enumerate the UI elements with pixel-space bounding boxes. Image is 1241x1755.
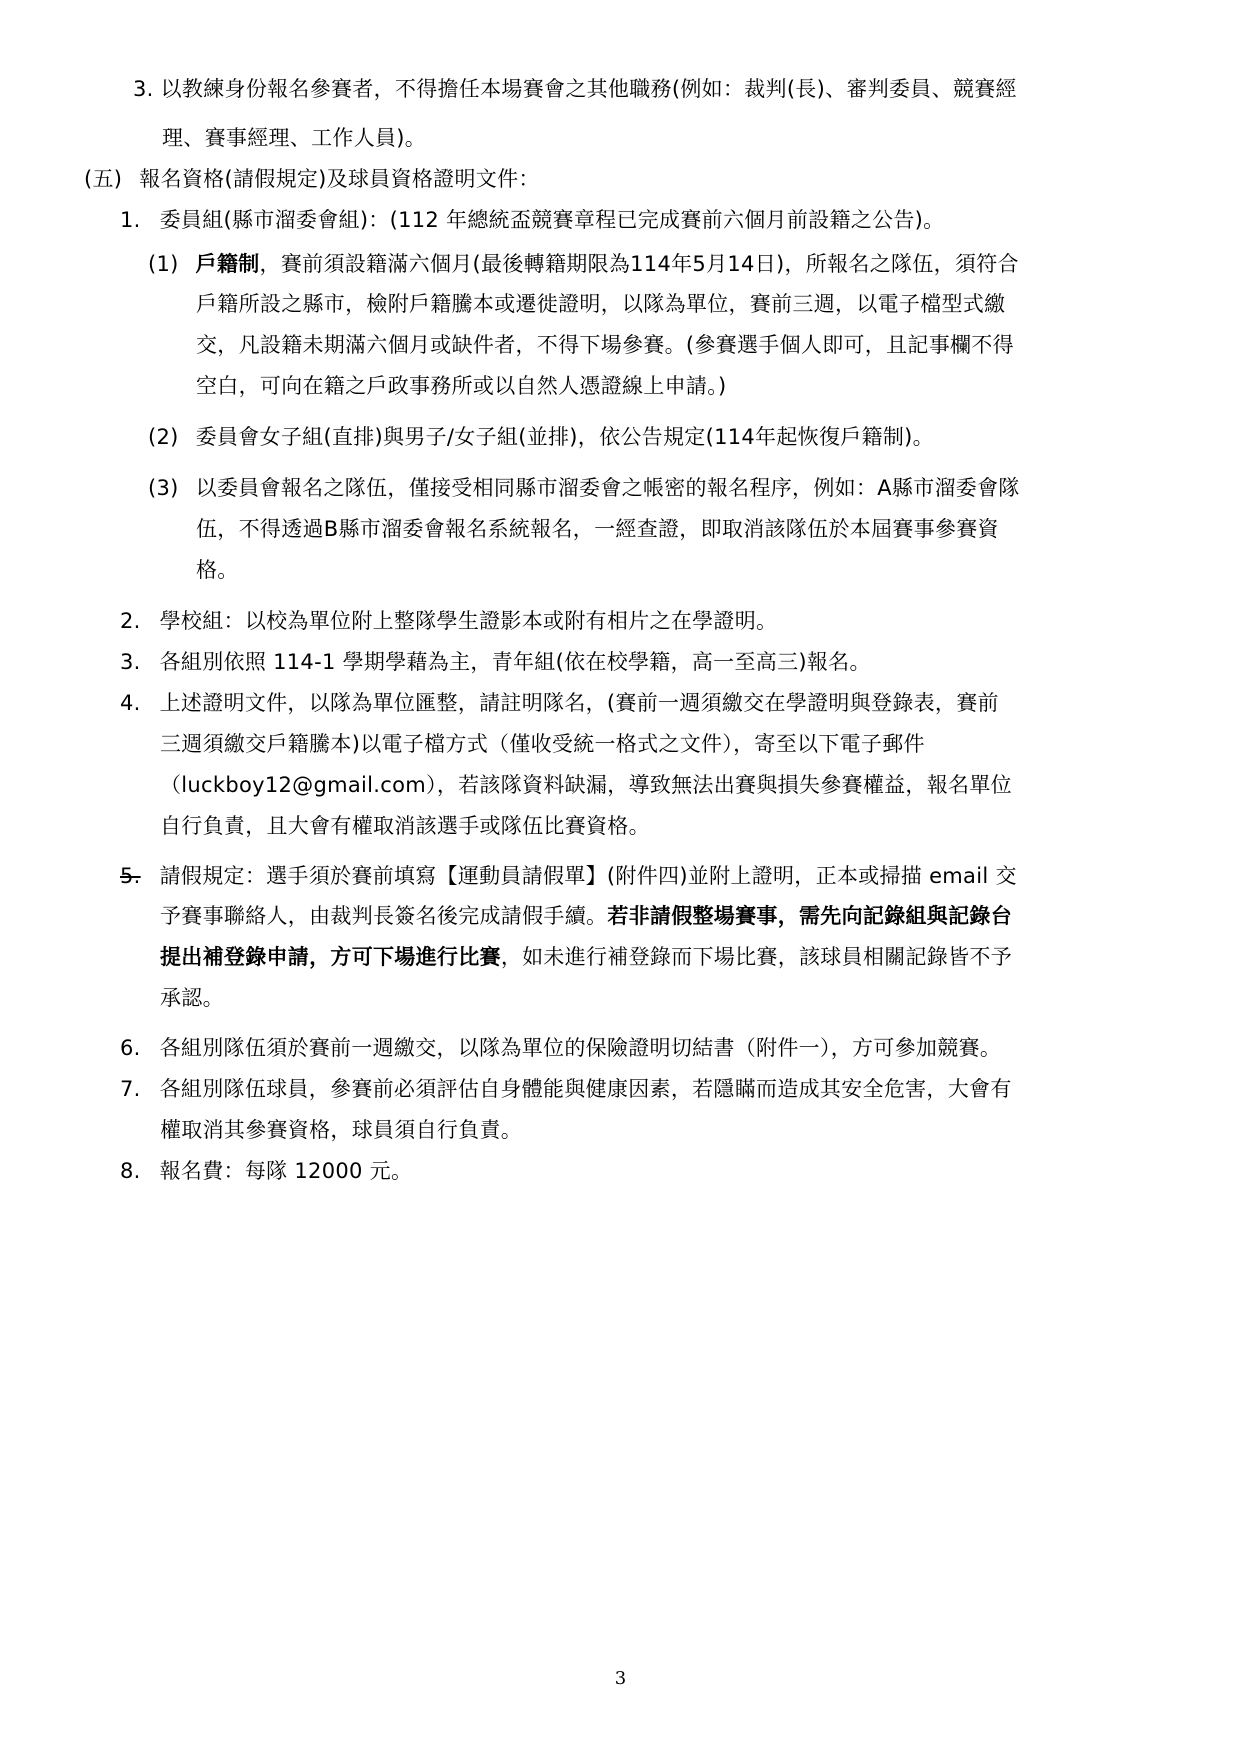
paragraph-text: 承認。: [160, 983, 224, 1013]
email-line: （luckboy12@gmail.com），若該隊資料缺漏，導致無法出賽與損失參…: [160, 770, 1012, 800]
normal-text: ，如未進行補登錄而下場比賽，該球員相關記錄皆不予: [501, 945, 1012, 969]
list-marker: 1.: [120, 208, 141, 232]
normal-text: 予賽事聯絡人，由裁判長簽名後完成請假手續。: [160, 904, 607, 928]
list-item-4: 4. 上述證明文件，以隊為單位匯整，請註明隊名，(賽前一週須繳交在學證明與登錄表…: [120, 688, 999, 718]
list-marker: 8.: [120, 1159, 141, 1183]
paragraph-text: 委員會女子組(直排)與男子/女子組(並排)，依公告規定(114年起恢復戶籍制)。: [196, 425, 934, 449]
paragraph-text: 以委員會報名之隊伍，僅接受相同縣市溜委會之帳密的報名程序，例如：A縣市溜委會隊: [196, 476, 1020, 500]
list-marker: 3.: [133, 77, 154, 101]
paragraph-text: 交，凡設籍未期滿六個月或缺件者，不得下場參賽。(參賽選手個人即可，且記事欄不得: [196, 330, 1014, 360]
section-marker: (五): [84, 167, 122, 191]
list-marker: 4.: [120, 691, 141, 715]
sub-item-3: (3) 以委員會報名之隊伍，僅接受相同縣市溜委會之帳密的報名程序，例如：A縣市溜…: [148, 473, 1020, 503]
list-item-text: 委員組(縣市溜委會組)：(112 年總統盃競賽章程已完成賽前六個月前設籍之公告)…: [160, 208, 945, 232]
list-marker: 6.: [120, 1036, 141, 1060]
list-marker: 7.: [120, 1077, 141, 1101]
paragraph-text: 格。: [196, 555, 239, 585]
bold-term: 戶籍制: [196, 252, 260, 276]
paragraph-text: 戶籍所設之縣市，檢附戶籍騰本或遷徙證明，以隊為單位，賽前三週，以電子檔型式繳: [196, 289, 1005, 319]
list-item-5: 5. 請假規定：選手須於賽前填寫【運動員請假單】(附件四)並附上證明，正本或掃描…: [120, 861, 1017, 891]
sub-marker: (3): [148, 476, 179, 500]
bold-text: 提出補登錄申請，方可下場進行比賽: [160, 945, 501, 969]
sub-item-1: (1) 戶籍制，賽前須設籍滿六個月(最後轉籍期限為114年5月14日)，所報名之…: [148, 249, 1019, 279]
paragraph-text: 自行負責，且大會有權取消該選手或隊伍比賽資格。: [160, 811, 650, 841]
list-item-text: 報名費：每隊 12000 元。: [160, 1159, 413, 1183]
paragraph-text: 伍，不得透過B縣市溜委會報名系統報名，一經查證，即取消該隊伍於本屆賽事參賽資: [196, 514, 999, 544]
list-item-text: 各組別隊伍須於賽前一週繳交，以隊為單位的保險證明切結書（附件一），方可參加競賽。: [160, 1036, 1002, 1060]
list-item-1: 1. 委員組(縣市溜委會組)：(112 年總統盃競賽章程已完成賽前六個月前設籍之…: [120, 205, 944, 235]
list-item-3: 3. 各組別依照 114-1 學期學藉為主，青年組(依在校學籍，高一至高三)報名…: [120, 647, 871, 677]
bold-text: 若非請假整場賽事，需先向記錄組與記錄台: [607, 904, 1012, 928]
list-marker: 3.: [120, 650, 141, 674]
paragraph-text: 三週須繳交戶籍騰本)以電子檔方式（僅收受統一格式之文件），寄至以下電子郵件: [160, 729, 925, 759]
paragraph-text: 權取消其參賽資格，球員須自行負責。: [160, 1115, 522, 1145]
paragraph-text: 提出補登錄申請，方可下場進行比賽，如未進行補登錄而下場比賽，該球員相關記錄皆不予: [160, 942, 1012, 972]
paragraph-text: 以教練身份報名參賽者，不得擔任本場賽會之其他職務(例如：裁判(長)、審判委員、競…: [161, 77, 1017, 101]
paragraph-text: 理、賽事經理、工作人員)。: [162, 123, 426, 153]
list-item-2: 2. 學校組：以校為單位附上整隊學生證影本或附有相片之在學證明。: [120, 606, 777, 636]
paragraph-text: ，賽前須設籍滿六個月(最後轉籍期限為114年5月14日)，所報名之隊伍，須符合: [260, 252, 1019, 276]
paragraph-text: 空白，可向在籍之戶政事務所或以自然人憑證線上申請。): [196, 371, 727, 401]
list-marker: 5.: [120, 864, 141, 888]
coach-rule-3: 3. 以教練身份報名參賽者，不得擔任本場賽會之其他職務(例如：裁判(長)、審判委…: [133, 74, 1017, 104]
list-item-text: 學校組：以校為單位附上整隊學生證影本或附有相片之在學證明。: [160, 609, 778, 633]
list-item-7: 7. 各組別隊伍球員，參賽前必須評估自身體能與健康因素，若隱瞞而造成其安全危害，…: [120, 1074, 1012, 1104]
paragraph-text: 予賽事聯絡人，由裁判長簽名後完成請假手續。若非請假整場賽事，需先向記錄組與記錄台: [160, 901, 1012, 931]
sub-marker: (1): [148, 252, 179, 276]
list-item-text: 請假規定：選手須於賽前填寫【運動員請假單】(附件四)並附上證明，正本或掃描 em…: [160, 864, 1017, 888]
section-title: 報名資格(請假規定)及球員資格證明文件：: [139, 167, 539, 191]
list-item-6: 6. 各組別隊伍須於賽前一週繳交，以隊為單位的保險證明切結書（附件一），方可參加…: [120, 1033, 1001, 1063]
sub-marker: (2): [148, 425, 179, 449]
sub-item-2: (2) 委員會女子組(直排)與男子/女子組(並排)，依公告規定(114年起恢復戶…: [148, 422, 934, 452]
list-item-text: 上述證明文件，以隊為單位匯整，請註明隊名，(賽前一週須繳交在學證明與登錄表，賽前: [160, 691, 999, 715]
page-number: 3: [0, 1668, 1241, 1689]
list-item-text: 各組別隊伍球員，參賽前必須評估自身體能與健康因素，若隱瞞而造成其安全危害，大會有: [160, 1077, 1012, 1101]
section-heading: (五) 報名資格(請假規定)及球員資格證明文件：: [84, 164, 540, 194]
list-item-8: 8. 報名費：每隊 12000 元。: [120, 1156, 412, 1186]
list-marker: 2.: [120, 609, 141, 633]
list-item-text: 各組別依照 114-1 學期學藉為主，青年組(依在校學籍，高一至高三)報名。: [160, 650, 871, 674]
